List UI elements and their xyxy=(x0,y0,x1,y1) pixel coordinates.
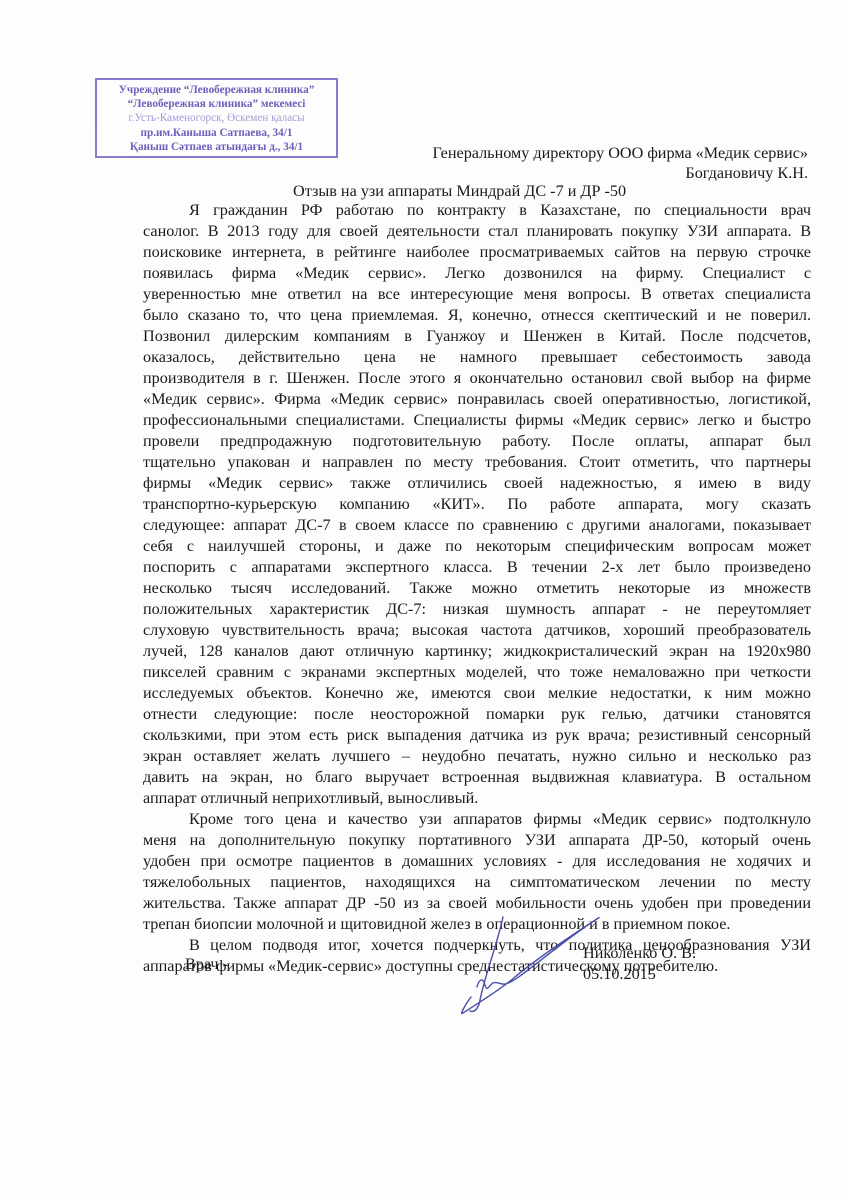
body-line: отнести следующие: после неосторожной по… xyxy=(143,704,811,725)
body-line: себя с наилучшей стороны, и даже по неко… xyxy=(143,536,811,557)
scanned-letter-page: Учреждение “Левобережная клиника” “Левоб… xyxy=(0,0,848,1200)
body-line: фирмы «Медик сервис» также отличились св… xyxy=(143,473,811,494)
body-line: поспорить с аппаратами экспертного класс… xyxy=(143,557,811,578)
body-line: появилась фирма «Медик сервис». Легко до… xyxy=(143,263,811,284)
stamp-line: “Левобережная клиника” мекемесі xyxy=(101,97,332,111)
body-line: экран оставляет желать лучшего – неудобн… xyxy=(143,746,811,767)
body-line: было сказано то, что цена приемлемая. Я,… xyxy=(143,305,811,326)
body-line: провели предпродажную подготовительную р… xyxy=(143,431,811,452)
stamp-line: пр.им.Каныша Сатпаева, 34/1 xyxy=(101,126,332,140)
body-line: уверенностью мне ответил на все интересу… xyxy=(143,284,811,305)
signer-name: Николенко О. В. xyxy=(583,943,696,964)
letter-body: Я гражданин РФ работаю по контракту в Ка… xyxy=(143,200,811,977)
body-line: положительных характеристик ДС-7: низкая… xyxy=(143,599,811,620)
body-line: профессиональными специалистами. Специал… xyxy=(143,410,811,431)
body-line: слуховую чувствительность врача; высокая… xyxy=(143,620,811,641)
body-line: транспортно-курьерскую компанию «КИТ». П… xyxy=(143,494,811,515)
body-line: Я гражданин РФ работаю по контракту в Ка… xyxy=(143,200,811,221)
body-line: давить на экран, но благо выручает встро… xyxy=(143,767,811,788)
body-line: удобен при осмотре пациентов в домашних … xyxy=(143,851,811,872)
signer-role: Врач - xyxy=(185,955,228,974)
body-line: несколько тысяч исследований. Также можн… xyxy=(143,578,811,599)
body-line: оказалось, действительно цена не намного… xyxy=(143,347,811,368)
body-line: аппарат отличный неприхотливый, вынослив… xyxy=(143,788,811,809)
body-line: тщательно упакован и направлен по месту … xyxy=(143,452,811,473)
stamp-line: Қаныш Сәтпаев атындағы д., 34/1 xyxy=(101,140,332,154)
body-line: пикселей сравним с экранами экспертных м… xyxy=(143,662,811,683)
body-line: производителя в г. Шенжен. После этого я… xyxy=(143,368,811,389)
body-line: скользкими, при этом есть риск выпадения… xyxy=(143,725,811,746)
body-line: следующее: аппарат ДС-7 в своем классе п… xyxy=(143,515,811,536)
clinic-stamp: Учреждение “Левобережная клиника” “Левоб… xyxy=(95,78,338,158)
body-line: тяжелобольных пациентов, находящихся на … xyxy=(143,872,811,893)
stamp-line: Учреждение “Левобережная клиника” xyxy=(101,83,332,97)
body-line: меня на дополнительную покупку портативн… xyxy=(143,830,811,851)
stamp-line: г.Усть-Каменогорск, Өскемен қаласы xyxy=(101,111,332,125)
signer-block: Николенко О. В. 05.10.2015 xyxy=(583,943,696,985)
body-line: Позвонил дилерским компаниям в Гуанжоу и… xyxy=(143,326,811,347)
body-line: лучей, 128 каналов дают отличную картинк… xyxy=(143,641,811,662)
body-line: Кроме того цена и качество узи аппаратов… xyxy=(143,809,811,830)
addressee-position: Генеральному директору ООО фирма «Медик … xyxy=(433,143,808,163)
body-line: поисковике интернета, в рейтинге наиболе… xyxy=(143,242,811,263)
body-line: исследуемых объектов. Конечно же, имеютс… xyxy=(143,683,811,704)
letter-date: 05.10.2015 xyxy=(583,964,696,985)
letter-title: Отзыв на узи аппараты Миндрай ДС -7 и ДР… xyxy=(293,182,626,201)
addressee-block: Генеральному директору ООО фирма «Медик … xyxy=(433,143,808,183)
addressee-name: Богдановичу К.Н. xyxy=(433,163,808,183)
body-line: санолог. В 2013 году для своей деятельно… xyxy=(143,221,811,242)
body-line: «Медик сервис». Фирма «Медик сервис» пон… xyxy=(143,389,811,410)
